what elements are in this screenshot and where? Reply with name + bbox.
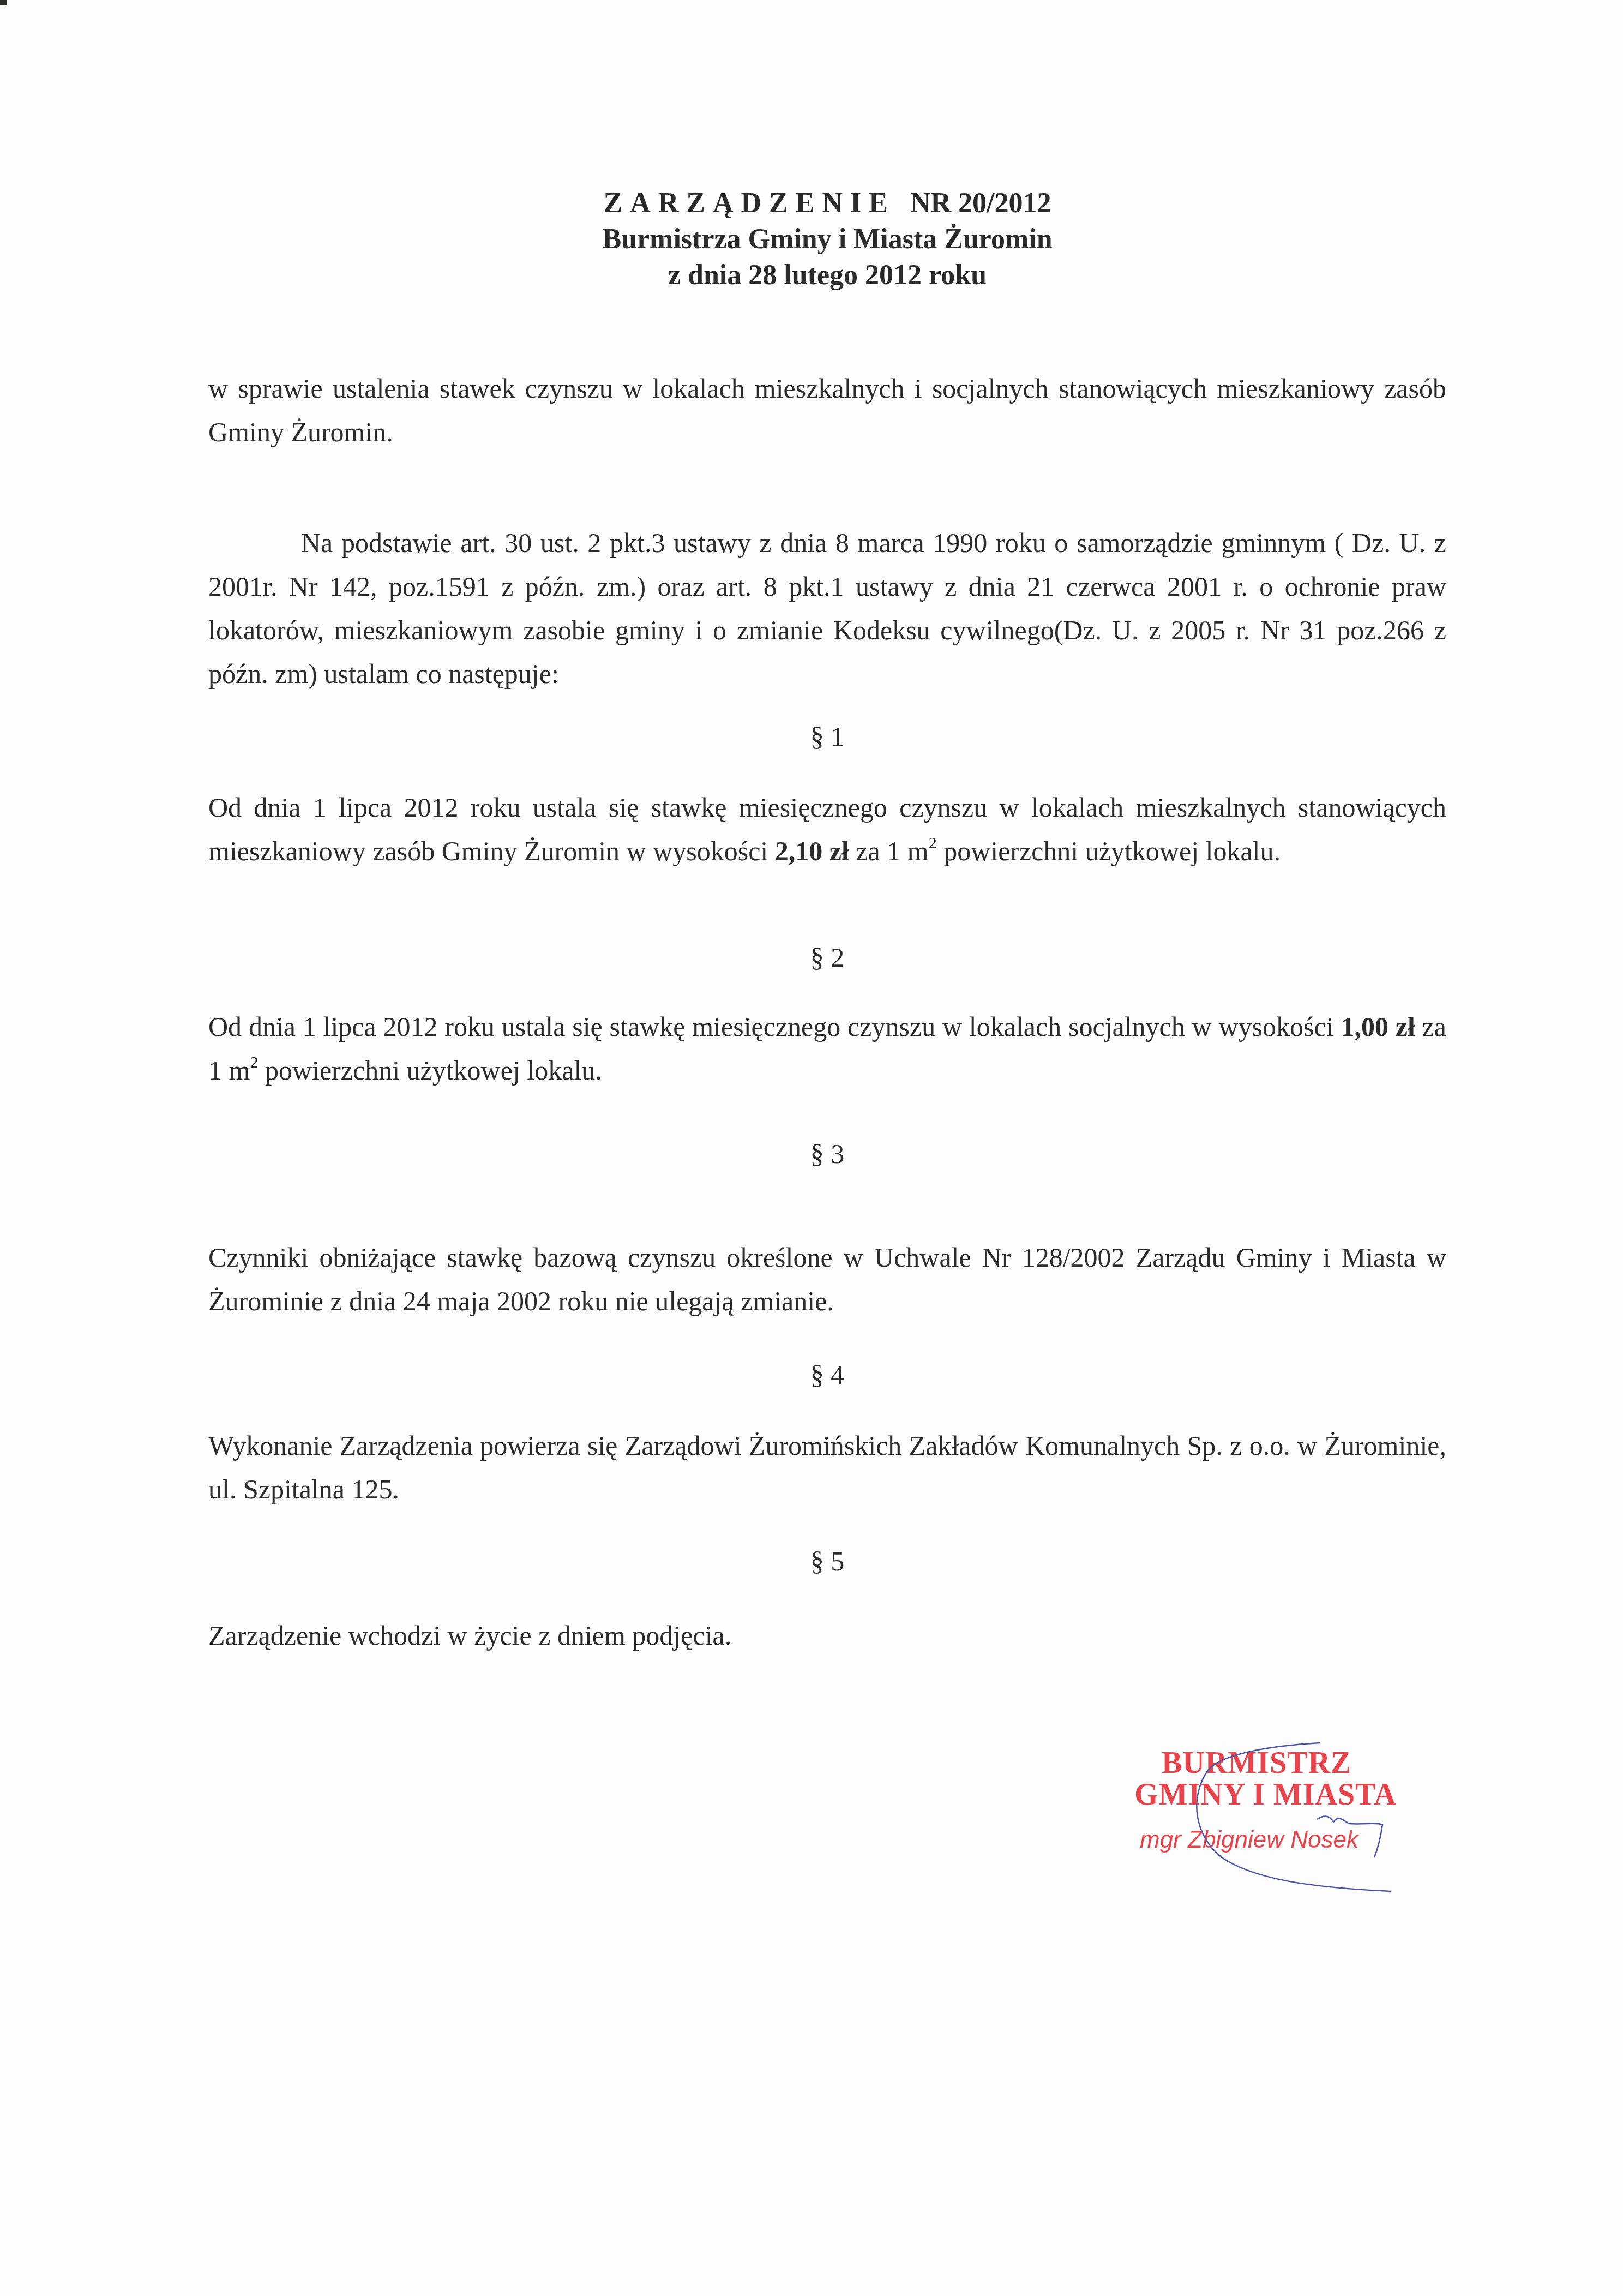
- title-word: ZARZĄDZENIE: [604, 188, 895, 219]
- subject-paragraph: w sprawie ustalenia stawek czynszu w lok…: [208, 367, 1446, 454]
- section-mark-3: § 3: [208, 1137, 1446, 1170]
- section-2-amount: 1,00 zł: [1341, 1011, 1415, 1042]
- section-4-text: Wykonanie Zarządzenia powierza się Zarzą…: [208, 1424, 1446, 1511]
- section-1-amount: 2,10 zł: [775, 836, 849, 866]
- title-number: NR 20/2012: [910, 188, 1051, 219]
- issuer: Burmistrza Gminy i Miasta Żuromin: [208, 221, 1446, 257]
- preamble-paragraph: Na podstawie art. 30 ust. 2 pkt.3 ustawy…: [208, 521, 1446, 696]
- handwritten-signature: [1162, 1732, 1434, 1896]
- section-5-text: Zarządzenie wchodzi w życie z dniem podj…: [208, 1614, 1446, 1657]
- section-mark-5: § 5: [208, 1545, 1446, 1578]
- section-2-text: Od dnia 1 lipca 2012 roku ustala się sta…: [208, 1005, 1446, 1092]
- section-mark-1: § 1: [208, 720, 1446, 753]
- section-1-text-mid: za 1 m: [849, 836, 929, 866]
- section-mark-4: § 4: [208, 1358, 1446, 1391]
- issue-date: z dnia 28 lutego 2012 roku: [208, 257, 1446, 293]
- section-3-text: Czynniki obniżające stawkę bazową czynsz…: [208, 1236, 1446, 1323]
- section-mark-2: § 2: [208, 941, 1446, 974]
- document-header: ZARZĄDZENIE NR 20/2012 Burmistrza Gminy …: [208, 185, 1446, 293]
- section-1-text: Od dnia 1 lipca 2012 roku ustala się sta…: [208, 786, 1446, 873]
- document-title: ZARZĄDZENIE NR 20/2012: [208, 185, 1446, 221]
- scan-corner-mark: [0, 0, 7, 5]
- section-1-sup: 2: [929, 834, 937, 852]
- section-1-text-after: powierzchni użytkowej lokalu.: [937, 836, 1281, 866]
- section-2-text-after: powierzchni użytkowej lokalu.: [258, 1055, 602, 1086]
- section-2-sup: 2: [250, 1053, 258, 1071]
- section-2-text-before: Od dnia 1 lipca 2012 roku ustala się sta…: [208, 1011, 1341, 1042]
